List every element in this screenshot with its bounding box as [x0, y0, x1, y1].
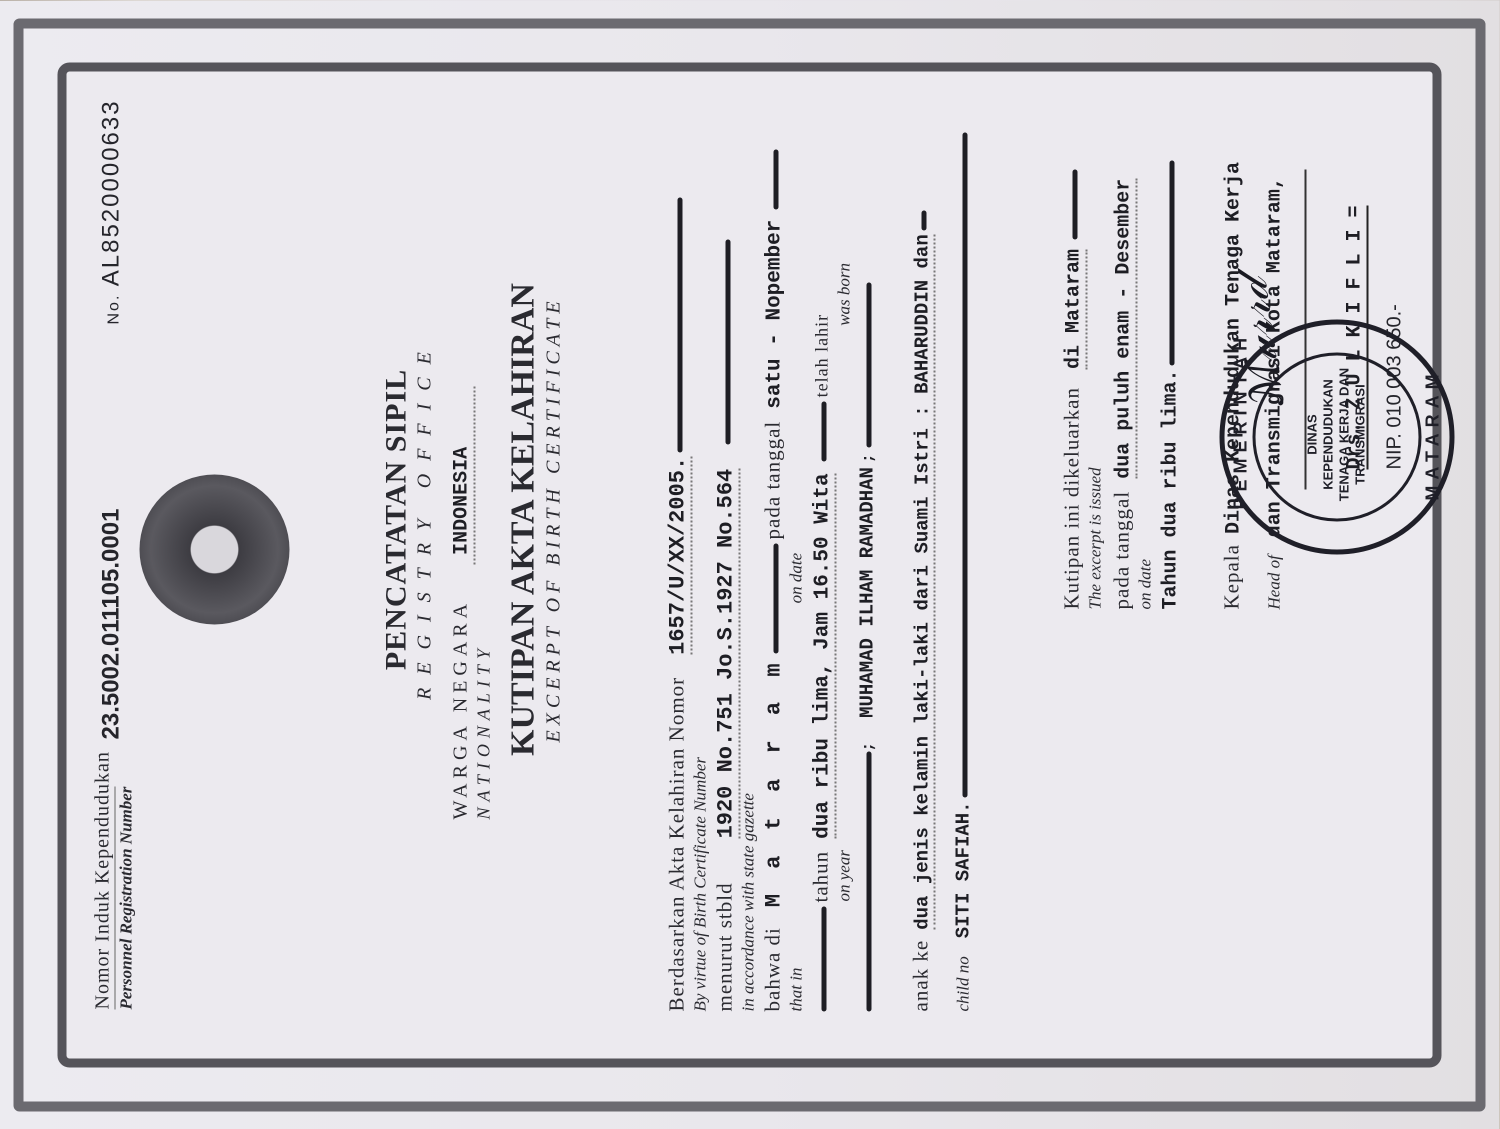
- stamp-center: DINAS KEPENDUDUKAN TENAGA KERJA DAN TRAN…: [1305, 360, 1369, 510]
- place-label: bahwa di: [761, 927, 785, 1011]
- issue-year-value: Tahun dua ribu lima.: [1160, 369, 1183, 609]
- fill-line: [1072, 169, 1077, 239]
- child-no-label: anak ke: [909, 940, 933, 1012]
- nationality-label: WARGA NEGARA: [450, 599, 472, 820]
- born-label: telah lahir: [812, 314, 832, 397]
- official-stamp-icon: PEMERINTAH DINAS KEPENDUDUKAN TENAGA KER…: [1220, 320, 1455, 555]
- row-child-no: anak ke dua jenis kelamin laki-laki dari…: [909, 112, 953, 1012]
- fill-line: [677, 198, 682, 453]
- year-value: dua ribu lima, Jam 16.50 Wita: [812, 473, 837, 838]
- garuda-emblem-icon: [140, 475, 290, 625]
- year-label-en: on year: [835, 850, 854, 901]
- gazette-value: 1920 No.751 Jo.S.1927 No.564: [714, 469, 741, 839]
- fill-line: [773, 150, 778, 210]
- row-gazette: menurut stbld 1920 No.751 Jo.S.1927 No.5…: [713, 112, 761, 1012]
- row-year: tahun dua ribu lima, Jam 16.50 Wita tela…: [809, 112, 857, 1012]
- fill-line: [821, 907, 826, 1012]
- office-title: PENCATATAN SIPIL: [380, 240, 414, 800]
- child-name: MUHAMAD ILHAM RAMADHAN: [857, 467, 879, 718]
- fill-line: [773, 543, 778, 653]
- gazette-label-en: in accordance with state gazette: [739, 112, 759, 1012]
- main-title-en: EXCERPT OF BIRTH CERTIFICATE: [543, 240, 566, 800]
- fill-line: [921, 210, 926, 230]
- serial-number: No. AL8520000633: [98, 99, 126, 324]
- birth-certificate-sheet: Nomor Induk Kependudukan Personnel Regis…: [0, 1, 1500, 1129]
- date-value: satu - Nopember: [764, 220, 787, 409]
- mother-value: SITI SAFIAH.: [953, 801, 975, 938]
- row-child-name: ; MUHAMAD ILHAM RAMADHAN ;: [857, 112, 909, 1012]
- date-label-en: on date: [787, 553, 806, 604]
- gazette-label: menurut stbld: [713, 882, 737, 1011]
- date-label: pada tanggal: [761, 421, 785, 540]
- nik-value: 23.5002.011105.0001: [98, 509, 126, 740]
- fill-line: [821, 401, 826, 461]
- born-label-en: was born: [835, 263, 854, 326]
- issue-date-label-en: on date: [1136, 110, 1156, 610]
- head-label: Kepala: [1220, 544, 1244, 609]
- row-place-date: bahwa di M a t a r a m pada tanggal satu…: [761, 112, 809, 1012]
- cert-number-label-en: By virtue of Birth Certificate Number: [691, 112, 711, 1012]
- nik-label-group: Nomor Induk Kependudukan Personnel Regis…: [92, 751, 137, 1009]
- stamp-ring-top: PEMERINTAH: [1231, 360, 1252, 510]
- nik-label-en: Personnel Registration Number: [115, 787, 137, 1010]
- nationality-value: INDONESIA: [451, 387, 476, 565]
- issued-label: Kutipan ini dikeluarkan: [1060, 387, 1084, 609]
- place-value: M a t a r a m: [762, 657, 787, 907]
- issue-date-label: pada tanggal: [1110, 491, 1134, 610]
- nationality-label-en: NATIONALITY: [474, 387, 495, 820]
- main-title-block: KUTIPAN AKTA KELAHIRAN EXCERPT OF BIRTH …: [505, 240, 566, 800]
- serial-value: AL8520000633: [98, 99, 125, 286]
- fill-line: [725, 240, 730, 445]
- issue-date-value: dua puluh enam - Desember: [1113, 179, 1138, 479]
- fill-line: [866, 282, 871, 447]
- main-title: KUTIPAN AKTA KELAHIRAN: [505, 240, 543, 800]
- row-cert-number: Berdasarkan Akta Kelahiran Nomor 1657/U/…: [665, 112, 713, 1012]
- fill-line: [1169, 160, 1174, 365]
- cert-number-value: 1657/U/XX/2005.: [666, 457, 693, 655]
- nik-label: Nomor Induk Kependudukan: [92, 751, 115, 1009]
- stamp-ring-bottom: MATARAM: [1423, 360, 1444, 510]
- issued-place: di Mataram: [1063, 249, 1088, 369]
- child-no-label-en: child no: [954, 956, 973, 1011]
- issued-label-en: The excerpt is issued: [1086, 110, 1106, 610]
- certificate-body: Berdasarkan Akta Kelahiran Nomor 1657/U/…: [665, 112, 997, 1012]
- year-label: tahun: [809, 851, 833, 903]
- row-mother: child no SITI SAFIAH.: [953, 112, 997, 1012]
- place-label-en: that in: [787, 968, 806, 1012]
- head-label-en: Head of: [1265, 555, 1284, 609]
- cert-number-label: Berdasarkan Akta Kelahiran Nomor: [665, 677, 689, 1012]
- fill-line: [866, 752, 871, 1012]
- fill-line: [962, 132, 967, 797]
- title-block: PENCATATAN SIPIL REGISTRY OFFICE: [380, 240, 437, 800]
- nationality-row: WARGA NEGARA INDONESIA NATIONALITY: [450, 387, 495, 820]
- child-no-value: dua jenis kelamin laki-laki dari Suami I…: [912, 234, 936, 930]
- office-title-en: REGISTRY OFFICE: [414, 240, 437, 800]
- serial-prefix: No.: [106, 294, 123, 325]
